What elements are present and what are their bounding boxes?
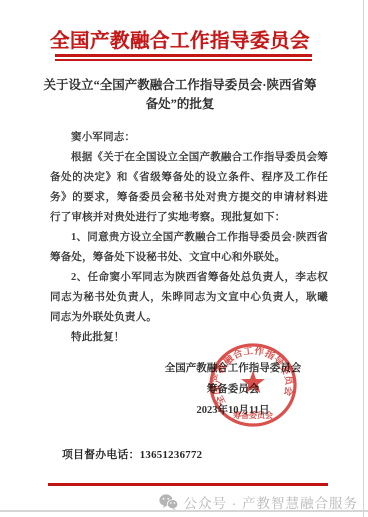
page-edge-bottom [0, 510, 368, 512]
document-page: 全国产教融合工作指导委员会 关于设立“全国产教融合工作指导委员会·陕西省筹 备处… [0, 0, 368, 517]
project-phone-line: 项目督办电话：13651236772 [62, 447, 202, 462]
paragraph-item-2: 2、任命窦小军同志为陕西省筹备处总负责人，李志权同志为秘书处负责人，朱晔同志为文… [50, 268, 328, 328]
phone-number: 13651236772 [140, 449, 203, 461]
paragraph-basis: 根据《关于在全国设立全国产教融合工作指导委员会筹备处的决定》和《省级筹备处的设立… [50, 148, 328, 228]
letterhead-rule [55, 54, 312, 61]
letterhead-title: 全国产教融合工作指导委员会 [0, 25, 360, 53]
footer-bar: 公众号 · 产教智慧融合服务 [159, 492, 359, 512]
document-title-line2: 备处”的批复 [0, 95, 360, 114]
letterhead-rule-thin [55, 59, 312, 61]
red-divider [48, 483, 328, 486]
document-title: 关于设立“全国产教融合工作指导委员会·陕西省筹 备处”的批复 [0, 76, 360, 114]
document-body: 窦小军同志： 根据《关于在全国设立全国产教融合工作指导委员会筹备处的决定》和《省… [50, 128, 328, 348]
paragraph-closing: 特此批复！ [50, 328, 328, 348]
paragraph-item-1: 1、同意贵方设立全国产教融合工作指导委员会·陕西省筹备处，筹备处下设秘书处、文宣… [50, 228, 328, 268]
letterhead-rule-thick [55, 54, 312, 57]
salutation: 窦小军同志： [50, 128, 328, 148]
footer-account-text: 公众号 · 产教智慧融合服务 [184, 492, 359, 512]
signature-block: 全国产教融合工作指导委员会 筹备委员会 2023年10月11日 [126, 358, 340, 421]
signature-org-line2: 筹备委员会 [126, 379, 340, 400]
page-edge-right [363, 0, 365, 517]
document-title-line1: 关于设立“全国产教融合工作指导委员会·陕西省筹 [0, 76, 360, 95]
signature-date: 2023年10月11日 [126, 400, 340, 421]
phone-label: 项目督办电话： [62, 449, 140, 461]
wechat-icon [159, 494, 178, 510]
signature-org-line1: 全国产教融合工作指导委员会 [126, 358, 340, 379]
